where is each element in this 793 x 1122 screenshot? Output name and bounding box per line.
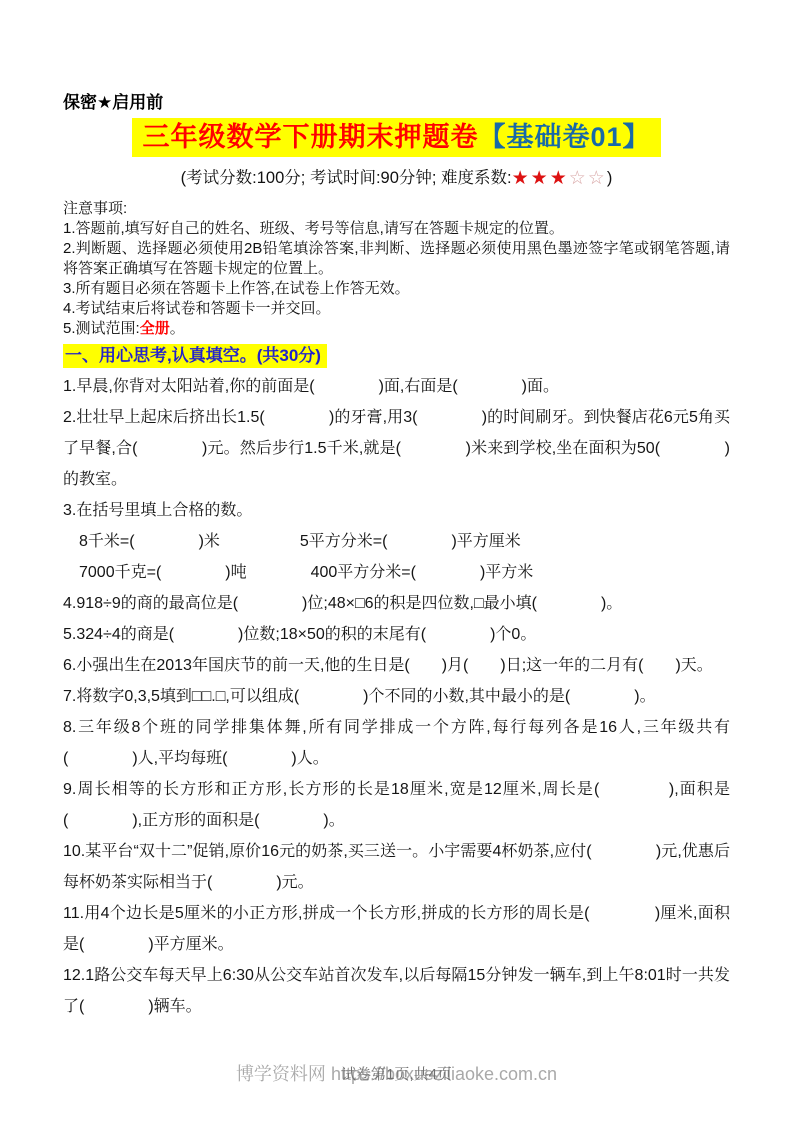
notice-heading: 注意事项:	[63, 199, 730, 219]
exam-title-sub: 【基础卷01】	[478, 122, 650, 152]
notice-item-5-prefix: 5.测试范围:	[63, 320, 140, 337]
notice-item-1: 1.答题前,填写好自己的姓名、班级、考号等信息,请写在答题卡规定的位置。	[63, 219, 730, 239]
exam-info-text: (考试分数:100分; 考试时间:90分钟; 难度系数:	[181, 169, 512, 187]
security-label: 保密★启用前	[63, 92, 730, 114]
exam-paper-page: 保密★启用前 三年级数学下册期末押题卷【基础卷01】 (考试分数:100分; 考…	[0, 0, 793, 1122]
question-1: 1.早晨,你背对太阳站着,你的前面是( )面,右面是( )面。	[63, 371, 730, 402]
question-8: 8.三年级8个班的同学排集体舞,所有同学排成一个方阵,每行每列各是16人,三年级…	[63, 712, 730, 774]
section-1-row: 一、用心思考,认真填空。(共30分)	[63, 344, 730, 368]
exam-info-line: (考试分数:100分; 考试时间:90分钟; 难度系数:★★★☆☆)	[0, 166, 793, 191]
question-5: 5.324÷4的商是( )位数;18×50的积的末尾有( )个0。	[63, 619, 730, 650]
page-footer: 博学资料网 https://boxueziliaoke.com.cn 试卷第1页…	[0, 1060, 793, 1086]
question-6: 6.小强出生在2013年国庆节的前一天,他的生日是( )月( )日;这一年的二月…	[63, 650, 730, 681]
question-11: 11.用4个边长是5厘米的小正方形,拼成一个长方形,拼成的长方形的周长是( )厘…	[63, 898, 730, 960]
section-1-heading: 一、用心思考,认真填空。(共30分)	[63, 344, 327, 368]
exam-title-main: 三年级数学下册期末押题卷	[142, 122, 478, 152]
notice-item-5: 5.测试范围:全册。	[63, 319, 730, 339]
question-7: 7.将数字0,3,5填到□□.□,可以组成( )个不同的小数,其中最小的是( )…	[63, 681, 730, 712]
test-scope-value: 全册	[140, 320, 170, 337]
exam-title-highlight: 三年级数学下册期末押题卷【基础卷01】	[132, 118, 660, 157]
notice-item-5-suffix: 。	[170, 320, 185, 337]
questions-list: 1.早晨,你背对太阳站着,你的前面是( )面,右面是( )面。 2.壮壮早上起床…	[63, 371, 730, 1022]
exam-title-row: 三年级数学下册期末押题卷【基础卷01】	[0, 118, 793, 157]
notice-item-2: 2.判断题、选择题必须使用2B铅笔填涂答案,非判断、选择题必须使用黑色墨迹签字笔…	[63, 239, 730, 279]
notice-item-3: 3.所有题目必须在答题卡上作答,在试卷上作答无效。	[63, 279, 730, 299]
page-number-label: 试卷第1页,共4页	[341, 1063, 452, 1084]
question-9: 9.周长相等的长方形和正方形,长方形的长是18厘米,宽是12厘米,周长是( ),…	[63, 774, 730, 836]
notice-item-4: 4.考试结束后将试卷和答题卡一并交回。	[63, 299, 730, 319]
difficulty-stars-filled-icon: ★★★	[512, 168, 569, 189]
question-2: 2.壮壮早上起床后挤出长1.5( )的牙膏,用3( )的时间刷牙。到快餐店花6元…	[63, 402, 730, 495]
question-4: 4.918÷9的商的最高位是( )位;48×□6的积是四位数,□最小填( )。	[63, 588, 730, 619]
question-12: 12.1路公交车每天早上6:30从公交车站首次发车,以后每隔15分钟发一辆车,到…	[63, 960, 730, 1022]
question-10: 10.某平台“双十二”促销,原价16元的奶茶,买三送一。小宇需要4杯奶茶,应付(…	[63, 836, 730, 898]
difficulty-stars-empty-icon: ☆☆	[569, 168, 607, 189]
notice-section: 注意事项: 1.答题前,填写好自己的姓名、班级、考号等信息,请写在答题卡规定的位…	[63, 199, 730, 339]
exam-info-close: )	[607, 169, 613, 187]
question-3: 3.在括号里填上合格的数。 8千米=( )米 5平方分米=( )平方厘米 700…	[63, 495, 730, 588]
